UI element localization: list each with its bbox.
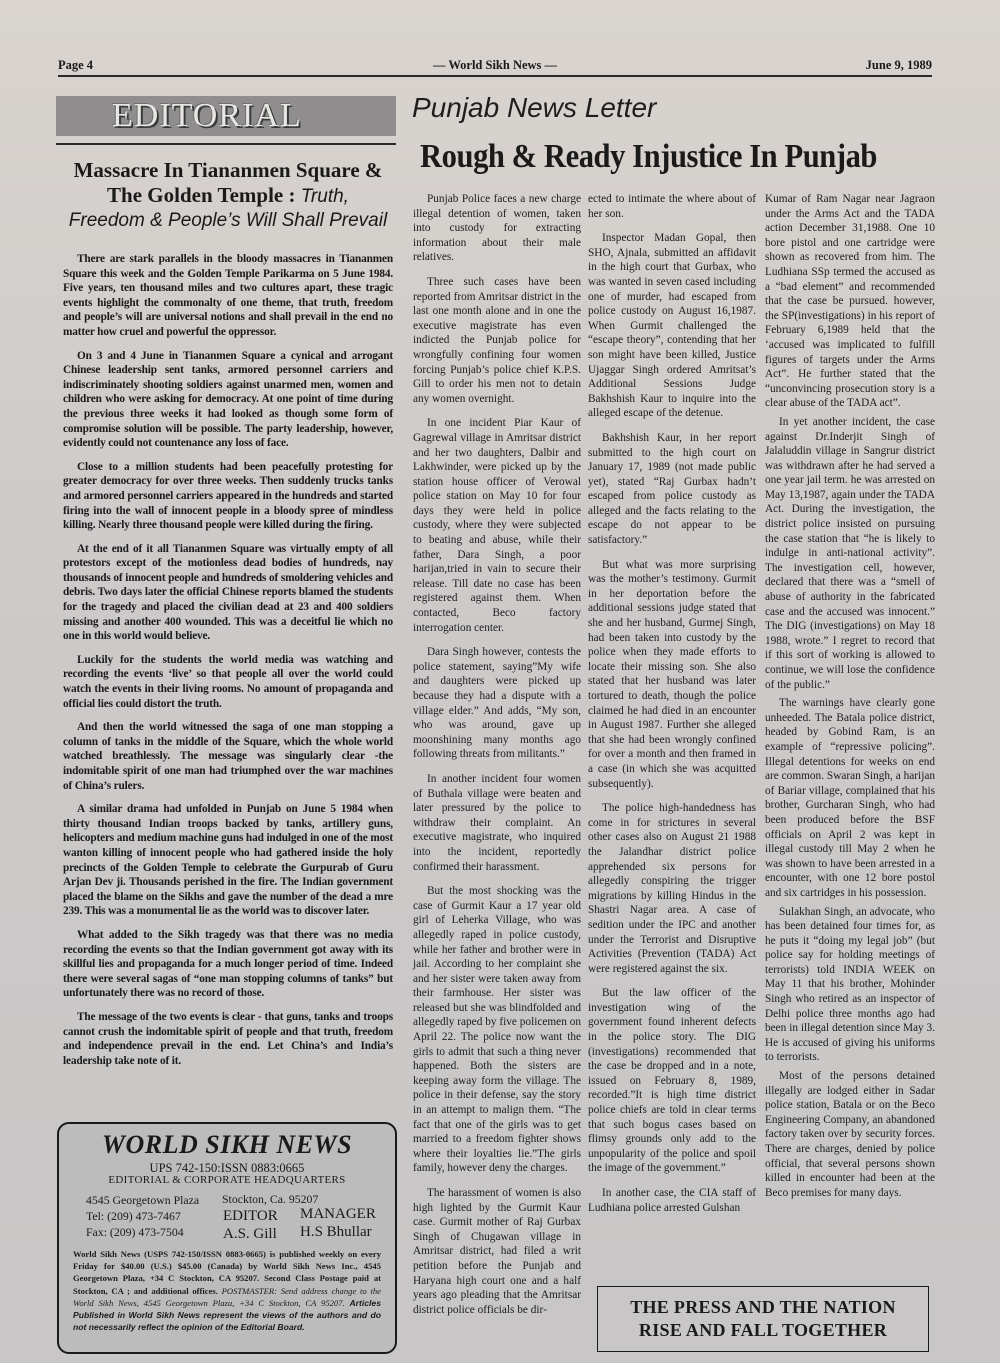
editorial-paragraph: There are stark parallels in the bloody … [63, 252, 393, 340]
editorial-rule [56, 143, 396, 145]
article-column-1: Punjab Police faces a new charge illegal… [413, 192, 581, 1327]
editorial-headline-line3: Freedom & People’s Will Shall Prevail [58, 209, 398, 233]
slogan-line2: RISE AND FALL TOGETHER [598, 1319, 928, 1342]
article-paragraph: Dara Singh however, contests the police … [413, 645, 581, 762]
editorial-banner-label: EDITORIAL [112, 97, 302, 135]
article-paragraph: In another case, the CIA staff of Ludhia… [588, 1186, 756, 1215]
postmaster-label: POSTMASTER: [222, 1286, 277, 1296]
editor-name: A.S. Gill [223, 1226, 277, 1243]
editorial-headline-line2-italic: Truth, [301, 186, 349, 207]
header-rule [58, 75, 932, 77]
article-paragraph: In one incident Piar Kaur of Gagrewal vi… [413, 416, 581, 635]
article-paragraph: ected to intimate the where about of her… [588, 192, 756, 221]
editorial-paragraph: A similar drama had unfolded in Punjab o… [63, 802, 393, 919]
editorial-headline-line2: The Golden Temple : Truth, [58, 183, 398, 209]
slogan-box: THE PRESS AND THE NATION RISE AND FALL T… [597, 1286, 929, 1352]
editorial-headline: Massacre In Tiananmen Square & The Golde… [58, 158, 398, 233]
article-paragraph: Three such cases have been reported from… [413, 275, 581, 406]
article-paragraph: Kumar of Ram Nagar near Jagraon under th… [765, 192, 935, 411]
article-paragraph: In yet another incident, the case agains… [765, 415, 935, 692]
article-paragraph: But what was more surprising was the mot… [588, 558, 756, 792]
editorial-paragraph: At the end of it all Tiananmen Square wa… [63, 542, 393, 644]
manager-name: H.S Bhullar [300, 1224, 372, 1241]
masthead-box: WORLD SIKH NEWS UPS 742-150:ISSN 0883:06… [57, 1122, 397, 1354]
slogan-line1: THE PRESS AND THE NATION [598, 1296, 928, 1319]
editorial-paragraph: And then the world witnessed the saga of… [63, 720, 393, 793]
newspaper-page: Page 4 — World Sikh News — June 9, 1989 … [0, 0, 1000, 1363]
editorial-paragraph: Close to a million students had been pea… [63, 460, 393, 533]
article-column-3: Kumar of Ram Nagar near Jagraon under th… [765, 192, 935, 1204]
editorial-headline-line2-bold: The Golden Temple : [107, 183, 295, 207]
article-paragraph: In another incident four women of Buthal… [413, 772, 581, 874]
masthead-city: Stockton, Ca. 95207 [222, 1192, 318, 1207]
article-paragraph: Punjab Police faces a new charge illegal… [413, 192, 581, 265]
article-paragraph: But the most shocking was the case of Gu… [413, 884, 581, 1176]
masthead-address: 4545 Georgetown Plaza [86, 1192, 199, 1208]
masthead-fine-print: World Sikh News (USPS 742-150/ISSN 0883-… [73, 1248, 381, 1333]
editorial-paragraph: Luckily for the students the world media… [63, 653, 393, 711]
article-paragraph: The harassment of women is also high lig… [413, 1186, 581, 1317]
masthead-title: WORLD SIKH NEWS [59, 1130, 395, 1160]
editor-label: EDITOR [223, 1208, 278, 1225]
article-headline: Rough & Ready Injustice In Punjab [420, 138, 877, 176]
article-paragraph: Inspector Madan Gopal, then SHO, Ajnala,… [588, 231, 756, 421]
editorial-headline-line1: Massacre In Tiananmen Square & [58, 158, 398, 183]
masthead-hq: EDITORIAL & CORPORATE HEADQUARTERS [59, 1174, 395, 1186]
publication-name: — World Sikh News — [58, 58, 932, 73]
article-column-2: ected to intimate the where about of her… [588, 192, 756, 1225]
issue-date: June 9, 1989 [866, 58, 932, 73]
article-paragraph: The police high-handedness has come in f… [588, 801, 756, 976]
article-paragraph: But the law officer of the investigation… [588, 986, 756, 1176]
editorial-body: There are stark parallels in the bloody … [63, 252, 393, 1077]
article-paragraph: The warnings have clearly gone unheeded.… [765, 696, 935, 900]
editorial-banner: EDITORIAL [56, 96, 396, 136]
masthead-contact: 4545 Georgetown Plaza Tel: (209) 473-746… [86, 1192, 199, 1240]
masthead-fax: Fax: (209) 473-7504 [86, 1224, 199, 1240]
masthead-tel: Tel: (209) 473-7467 [86, 1208, 199, 1224]
article-paragraph: Most of the persons detained illegally a… [765, 1069, 935, 1200]
article-kicker: Punjab News Letter [412, 92, 656, 124]
editorial-paragraph: What added to the Sikh tragedy was that … [63, 928, 393, 1001]
editorial-paragraph: On 3 and 4 June in Tiananmen Square a cy… [63, 349, 393, 451]
manager-label: MANAGER [300, 1206, 376, 1223]
article-paragraph: Bakhshish Kaur, in her report submitted … [588, 431, 756, 548]
article-paragraph: Sulakhan Singh, an advocate, who has bee… [765, 905, 935, 1066]
editorial-paragraph: The message of the two events is clear -… [63, 1010, 393, 1068]
